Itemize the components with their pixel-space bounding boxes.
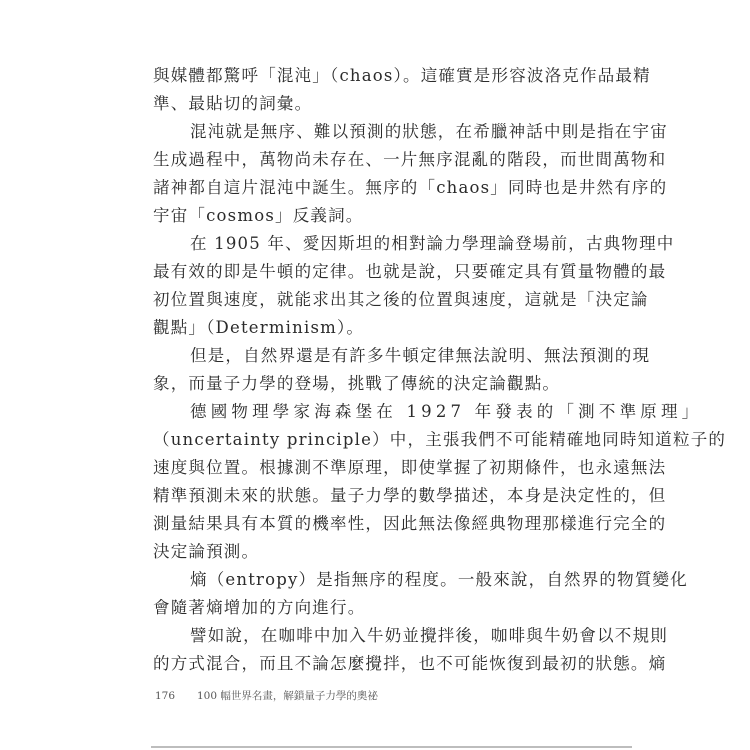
text-line: 譬如說，在咖啡中加入牛奶並攪拌後，咖啡與牛奶會以不規則	[153, 622, 555, 650]
text-line: 準、最貼切的詞彙。	[153, 90, 555, 118]
text-line: 速度與位置。根據測不準原理，即使掌握了初期條件，也永遠無法	[153, 454, 555, 482]
page-footer: 176100 幅世界名畫，解鎖量子力學的奧祕	[155, 688, 378, 703]
text-line: 觀點」（Determinism）。	[153, 314, 555, 342]
text-line: 在 1905 年、愛因斯坦的相對論力學理論登場前，古典物理中	[153, 230, 555, 258]
text-line: 決定論預測。	[153, 538, 555, 566]
text-line: 但是，自然界還是有許多牛頓定律無法說明、無法預測的現	[153, 342, 555, 370]
bottom-divider	[151, 746, 632, 748]
text-line: 混沌就是無序、難以預測的狀態，在希臘神話中則是指在宇宙	[153, 118, 555, 146]
text-line: 精準預測未來的狀態。量子力學的數學描述，本身是決定性的，但	[153, 482, 555, 510]
text-line: 測量結果具有本質的機率性，因此無法像經典物理那樣進行完全的	[153, 510, 555, 538]
text-line: 與媒體都驚呼「混沌」（chaos）。這確實是形容波洛克作品最精	[153, 62, 555, 90]
page-number: 176	[155, 690, 197, 702]
text-line: 的方式混合，而且不論怎麼攪拌，也不可能恢復到最初的狀態。熵	[153, 650, 555, 678]
text-line: （uncertainty principle）中，主張我們不可能精確地同時知道粒…	[153, 426, 555, 454]
text-line: 諸神都自這片混沌中誕生。無序的「chaos」同時也是井然有序的	[153, 174, 555, 202]
text-line: 象，而量子力學的登場，挑戰了傳統的決定論觀點。	[153, 370, 555, 398]
text-line: 熵（entropy）是指無序的程度。一般來說，自然界的物質變化	[153, 566, 555, 594]
text-line: 宇宙「cosmos」反義詞。	[153, 202, 555, 230]
text-line: 最有效的即是牛頓的定律。也就是說，只要確定具有質量物體的最	[153, 258, 555, 286]
running-title: 100 幅世界名畫，解鎖量子力學的奧祕	[197, 690, 378, 702]
text-line: 生成過程中，萬物尚未存在、一片無序混亂的階段，而世間萬物和	[153, 146, 555, 174]
body-text: 與媒體都驚呼「混沌」（chaos）。這確實是形容波洛克作品最精 準、最貼切的詞彙…	[153, 62, 555, 678]
text-line: 初位置與速度，就能求出其之後的位置與速度，這就是「決定論	[153, 286, 555, 314]
text-line: 德國物理學家海森堡在 1927 年發表的「測不準原理」	[153, 398, 555, 426]
book-page: 與媒體都驚呼「混沌」（chaos）。這確實是形容波洛克作品最精 準、最貼切的詞彙…	[0, 0, 750, 750]
text-line: 會隨著熵增加的方向進行。	[153, 594, 555, 622]
